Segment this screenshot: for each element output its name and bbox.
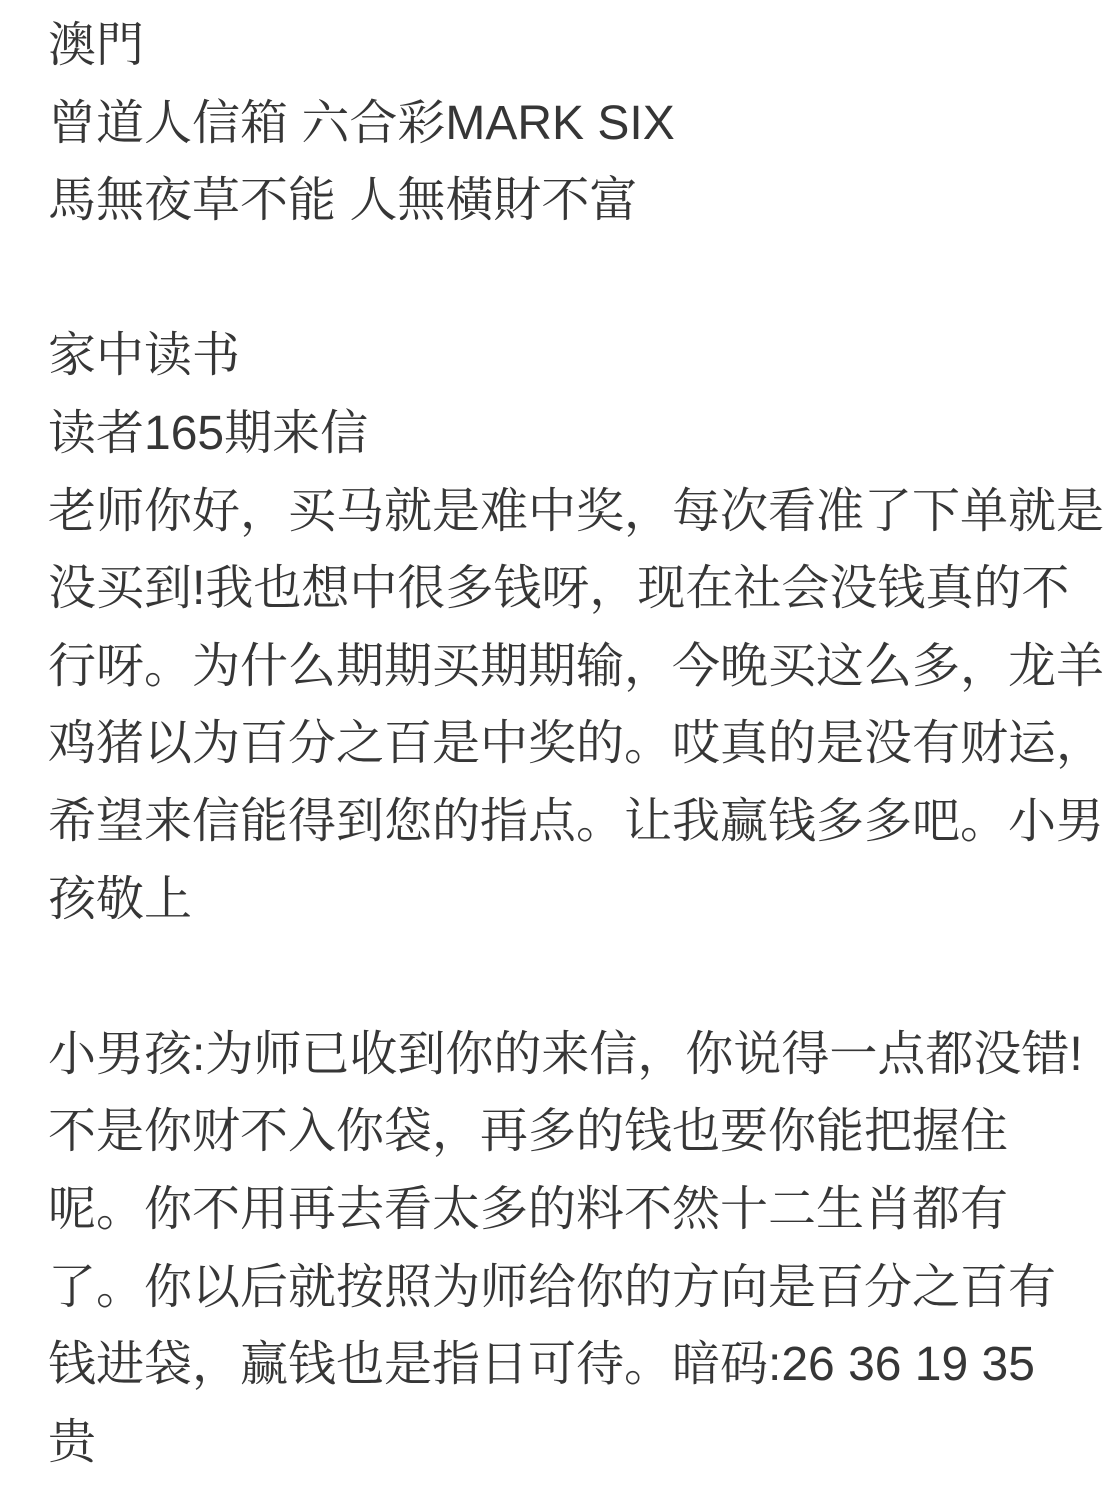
master-reply-text-line: 呢。你不用再去看太多的料不然十二生肖都有 [48,1171,1111,1249]
master-reply-text-line: 不是你财不入你袋，再多的钱也要你能把握住 [48,1093,1111,1171]
header-line-motto: 馬無夜草不能 人無橫財不富 [48,162,1111,240]
reader-letter-text-line: 行呀。为什么期期买期期输，今晚买这么多，龙羊 [48,628,1111,706]
reader-letter-issue: 读者165期来信 [48,395,1111,473]
header-line-mailbox-title: 曾道人信箱 六合彩MARK SIX [48,85,1111,163]
reader-letter-title: 家中读书 [48,317,1111,395]
header-line-region: 澳門 [48,7,1111,85]
letter-document: 澳門 曾道人信箱 六合彩MARK SIX 馬無夜草不能 人無橫財不富 家中读书 … [48,7,1111,1481]
master-reply-last-char: 贵 [48,1404,1111,1482]
reader-letter-signoff: 孩敬上 [48,861,1111,939]
reader-letter-text-line: 没买到!我也想中很多钱呀，现在社会没钱真的不 [48,550,1111,628]
reader-letter-text-line: 鸡猪以为百分之百是中奖的。哎真的是没有财运， [48,705,1111,783]
master-reply-secret-code-line: 钱进袋，赢钱也是指日可待。暗码:26 36 19 35 [48,1326,1111,1404]
reader-letter-text-line: 希望来信能得到您的指点。让我赢钱多多吧。小男 [48,783,1111,861]
master-reply-block: 小男孩:为师已收到你的来信，你说得一点都没错! 不是你财不入你袋，再多的钱也要你… [48,1016,1111,1482]
header-block: 澳門 曾道人信箱 六合彩MARK SIX 馬無夜草不能 人無橫財不富 [48,7,1111,240]
reader-letter-block: 家中读书 读者165期来信 老师你好，买马就是难中奖，每次看准了下单就是 没买到… [48,317,1111,938]
master-reply-text-line: 了。你以后就按照为师给你的方向是百分之百有 [48,1249,1111,1327]
reader-letter-text-line: 老师你好，买马就是难中奖，每次看准了下单就是 [48,473,1111,551]
master-reply-text-line: 小男孩:为师已收到你的来信，你说得一点都没错! [48,1016,1111,1094]
